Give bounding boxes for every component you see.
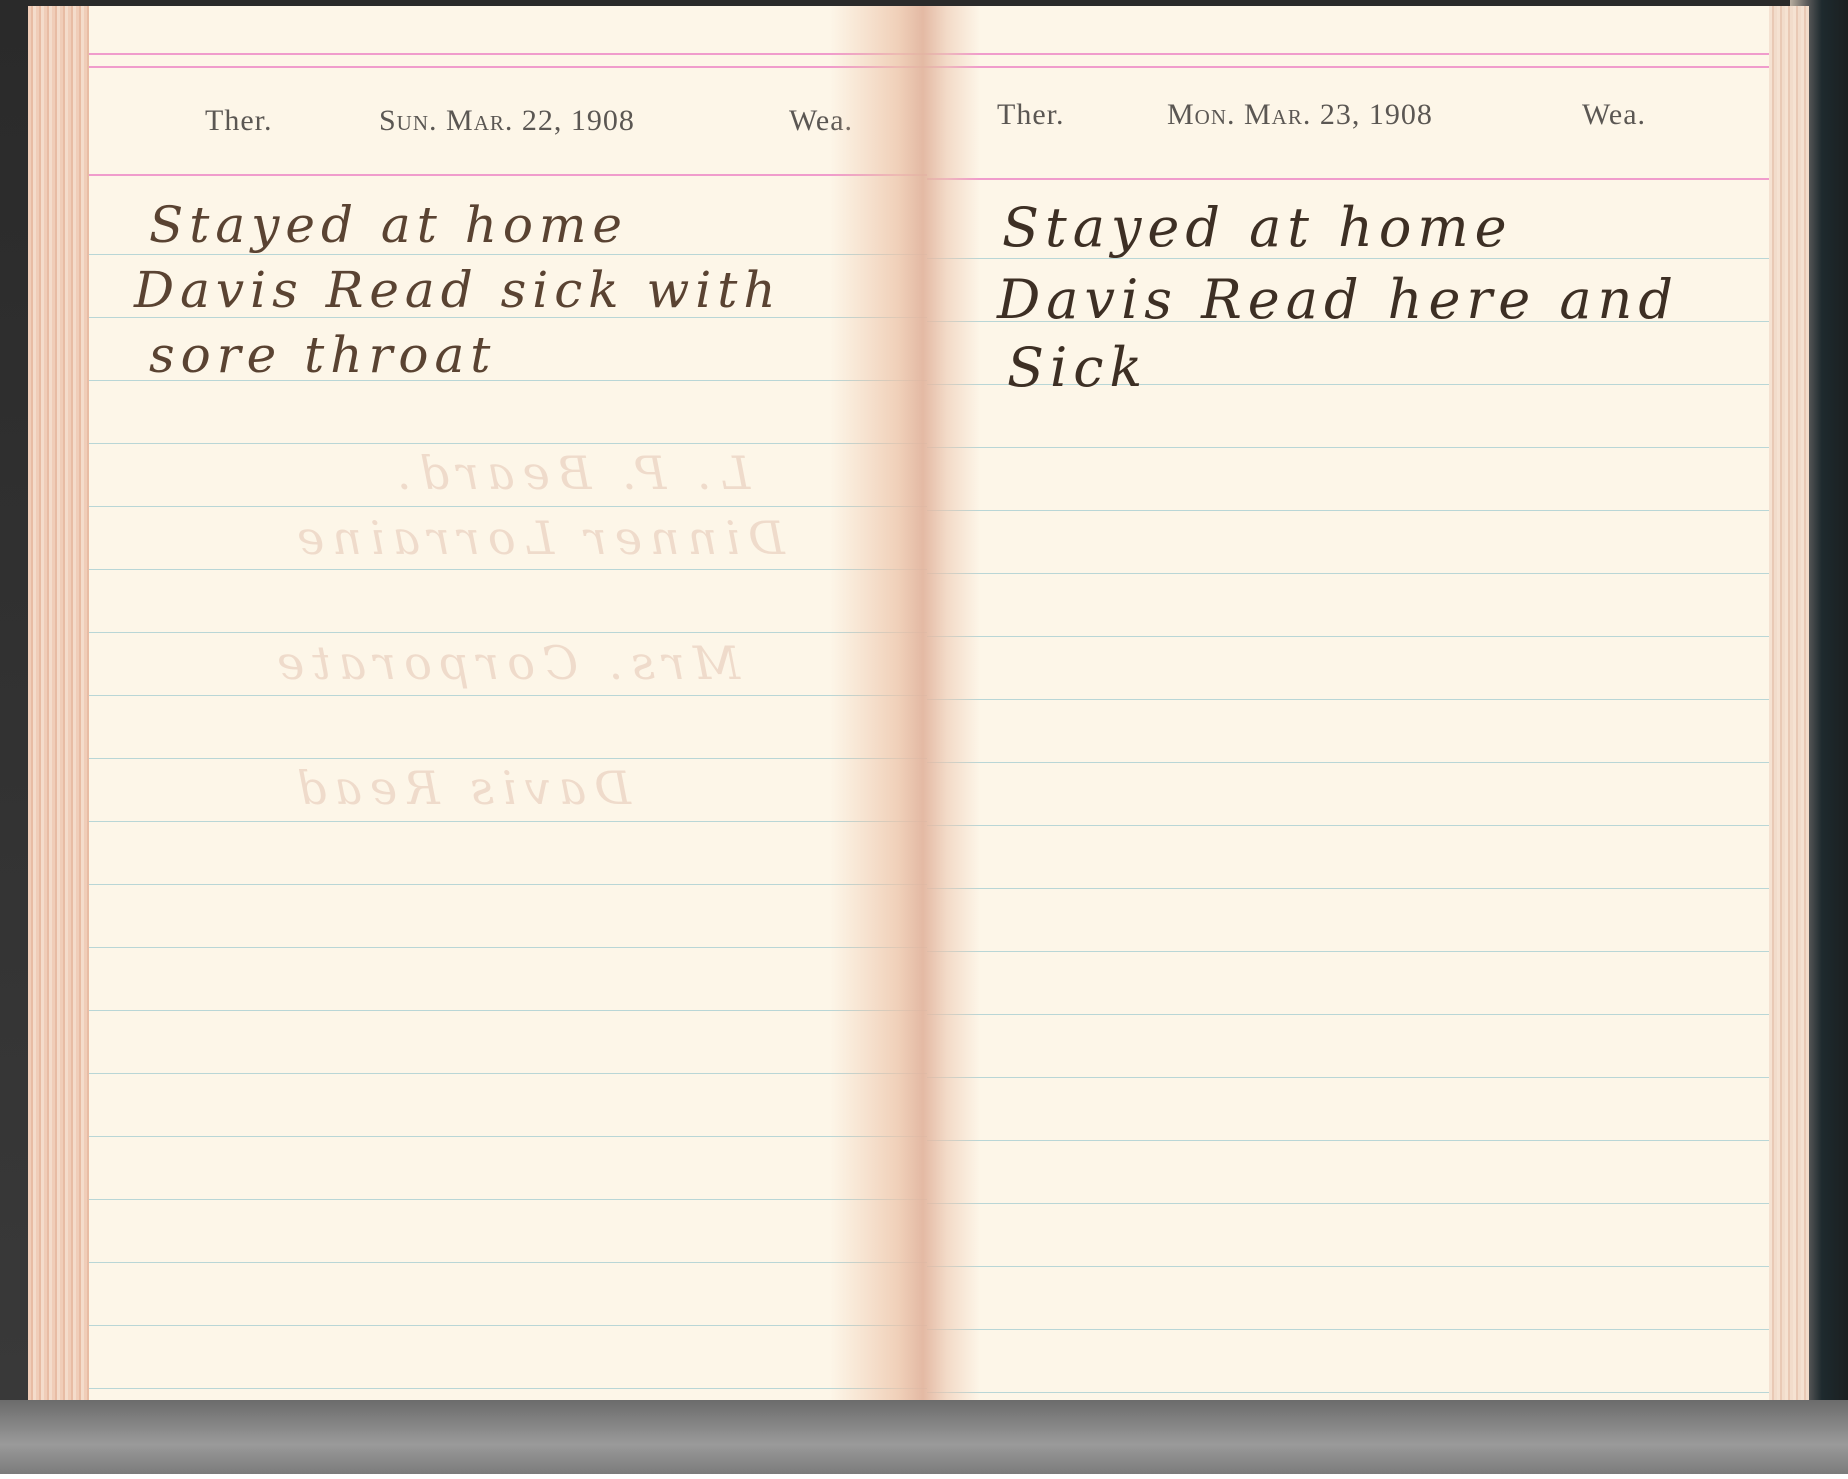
ruled-line [927, 447, 1769, 448]
ruled-line [89, 1388, 927, 1389]
ruled-line [927, 1014, 1769, 1015]
ruled-line [89, 1073, 927, 1074]
left-page-header: Ther. Sun. Mar. 22, 1908 Wea. [89, 104, 927, 144]
entry-line: Sick [927, 336, 1769, 399]
ruled-line [89, 821, 927, 822]
ruled-line [89, 443, 927, 444]
ruled-line [927, 636, 1769, 637]
ruled-line [927, 699, 1769, 700]
ruled-line [89, 1199, 927, 1200]
ruled-line [927, 1077, 1769, 1078]
ther-label: Ther. [997, 98, 1064, 132]
ruled-line [927, 1140, 1769, 1141]
right-page: Ther. Mon. Mar. 23, 1908 Wea. Stayed at … [927, 6, 1769, 1425]
scanner-bottom-band [0, 1400, 1848, 1474]
ruled-line [927, 825, 1769, 826]
ruled-line [927, 1329, 1769, 1330]
entry-line: Davis Read sick with [89, 261, 927, 319]
bleed-through-text: Davis Read [289, 761, 631, 815]
page-edges-left [28, 6, 90, 1426]
ruled-line [89, 758, 927, 759]
entry-line: Stayed at home [927, 196, 1769, 259]
pink-rule-top-2 [927, 66, 1769, 68]
pink-rule-top [927, 53, 1769, 55]
page-date: Mon. Mar. 23, 1908 [1167, 98, 1433, 132]
ruled-line [927, 762, 1769, 763]
left-page: Ther. Sun. Mar. 22, 1908 Wea. L. P. Bear… [89, 6, 927, 1425]
ruled-line [89, 1262, 927, 1263]
ruled-line [89, 1325, 927, 1326]
ruled-line [927, 510, 1769, 511]
pink-rule-header-bottom [927, 178, 1769, 180]
page-edges-right [1769, 6, 1809, 1426]
ruled-line [89, 254, 927, 255]
bleed-through-text: Mrs. Corporate [269, 636, 740, 690]
ruled-line [927, 1392, 1769, 1393]
pink-rule-top [89, 53, 927, 55]
pink-rule-top-2 [89, 66, 927, 68]
ruled-line [89, 1010, 927, 1011]
ruled-line [89, 506, 927, 507]
ruled-line [89, 947, 927, 948]
ruled-line [89, 884, 927, 885]
bleed-through-text: L. P. Beard. [389, 446, 750, 500]
ruled-line [927, 951, 1769, 952]
wea-label: Wea. [1582, 98, 1646, 132]
page-date: Sun. Mar. 22, 1908 [379, 104, 635, 138]
wea-label: Wea. [789, 104, 853, 138]
ruled-line [927, 888, 1769, 889]
ruled-line [89, 569, 927, 570]
entry-line: sore throat [89, 326, 927, 384]
right-page-header: Ther. Mon. Mar. 23, 1908 Wea. [927, 98, 1769, 138]
entry-line: Davis Read here and [927, 268, 1769, 331]
bleed-through-text: Dinner Lorraine [289, 511, 785, 565]
ruled-line [89, 1136, 927, 1137]
ruled-line [927, 573, 1769, 574]
ruled-line [927, 1266, 1769, 1267]
ruled-line [89, 632, 927, 633]
ruled-line [927, 1203, 1769, 1204]
ruled-line [89, 695, 927, 696]
ther-label: Ther. [205, 104, 272, 138]
pink-rule-header-bottom [89, 174, 927, 176]
entry-line: Stayed at home [89, 196, 927, 254]
